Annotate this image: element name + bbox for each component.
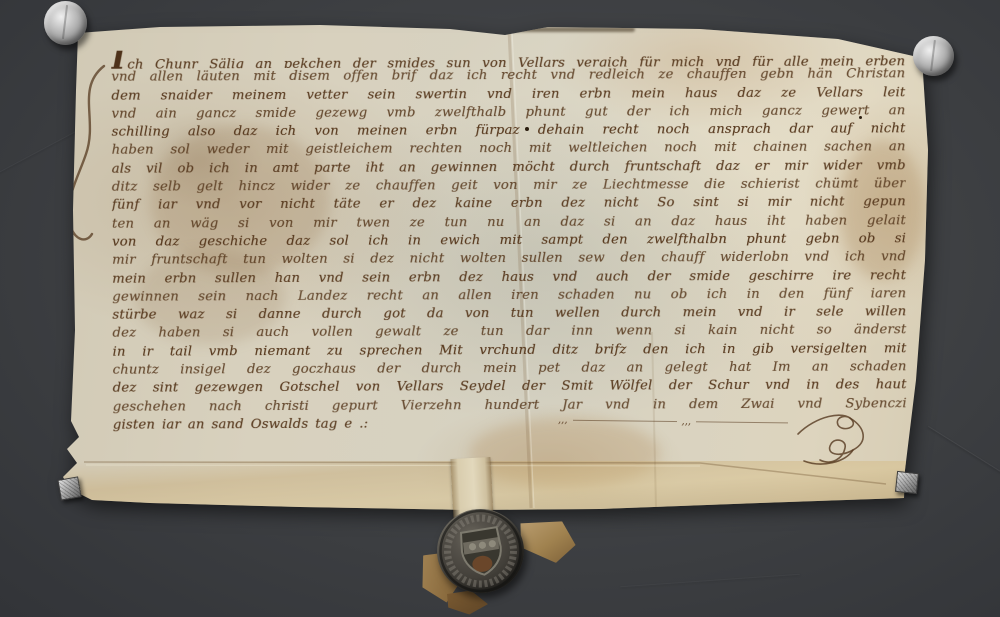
manuscript-line: von daz geschiche daz sol ich in ewich m… [112, 230, 906, 252]
manuscript-line: chuntz insigel dez goczhaus der durch me… [113, 358, 907, 380]
ink-speck [525, 127, 529, 131]
manuscript-line: gisten iar an sand Oswalds tag e .: [113, 415, 558, 435]
pin-bottom-right [895, 471, 919, 494]
parchment-stain [135, 250, 285, 345]
manuscript-line: haben sol weder mit geistleichem rechten… [112, 139, 906, 161]
seal-shield-emblem [437, 509, 524, 593]
manuscript-line: stürbe waz si danne durch got da von tun… [112, 303, 906, 325]
ink-speck [859, 116, 862, 119]
manuscript-line: mir fruntschaft tun wolten si dez nicht … [112, 249, 906, 271]
filler-line [696, 421, 788, 423]
manuscript-line: schilling also daz ich von meinen erbn f… [111, 120, 905, 142]
photo-stage: Ich Chunr Sälig an pekchen der smides su… [0, 0, 1000, 617]
manuscript-line: in ir tail vmb niemant zu sprechen Mit v… [112, 340, 906, 362]
manuscript-line: vnd allen läuten mit disem offen brif da… [111, 66, 905, 88]
manuscript-line: ditz selb gelt hincz wider ze chauffen g… [112, 175, 906, 197]
manuscript-line: geschehen nach christi gepurt Vierzehn h… [113, 395, 907, 417]
filler-line [573, 420, 677, 423]
manuscript-line: dez sint gezewgen Gotschel von Vellars S… [113, 377, 907, 399]
manuscript-line: vnd ain gancz smide gezewg vmb zwelfthal… [111, 102, 905, 124]
pin-bottom-left [57, 476, 81, 500]
manuscript-line: gewinnen sein nach Landez recht an allen… [112, 285, 906, 307]
top-edge-damage [495, 27, 635, 32]
manuscript-text-block: Ich Chunr Sälig an pekchen der smides su… [111, 47, 907, 435]
manuscript-line: ten an wäg si von mir twen ze tun nu an … [112, 212, 906, 234]
filler-commas: ,,, [681, 416, 691, 427]
pin-top-left [44, 1, 87, 45]
filler-commas: ,,, [558, 415, 568, 426]
pin-top-right [913, 36, 954, 76]
manuscript-line: fünf iar vnd vor nicht täte er dez kaine… [112, 194, 906, 216]
initial-flourish-stroke [58, 62, 118, 252]
parchment-stain [840, 140, 925, 280]
manuscript-line: dez haben si auch vollen gewalt ze tun d… [112, 322, 906, 344]
parchment-stain [470, 418, 660, 488]
parchment-stain [150, 125, 330, 275]
manuscript-line: Ich Chunr Sälig an pekchen der smides su… [111, 47, 905, 69]
manuscript-line: mein erbn sullen han vnd sein erbn dez h… [112, 267, 906, 289]
closing-filler-marks: ,,, ,,, [558, 415, 788, 429]
notary-paraph [790, 402, 885, 470]
wax-seal [437, 509, 524, 593]
manuscript-line: dem snaider meinem vetter sein swertin v… [111, 84, 905, 106]
manuscript-line: als vil ob ich in amt parte iht an gewin… [112, 157, 906, 179]
